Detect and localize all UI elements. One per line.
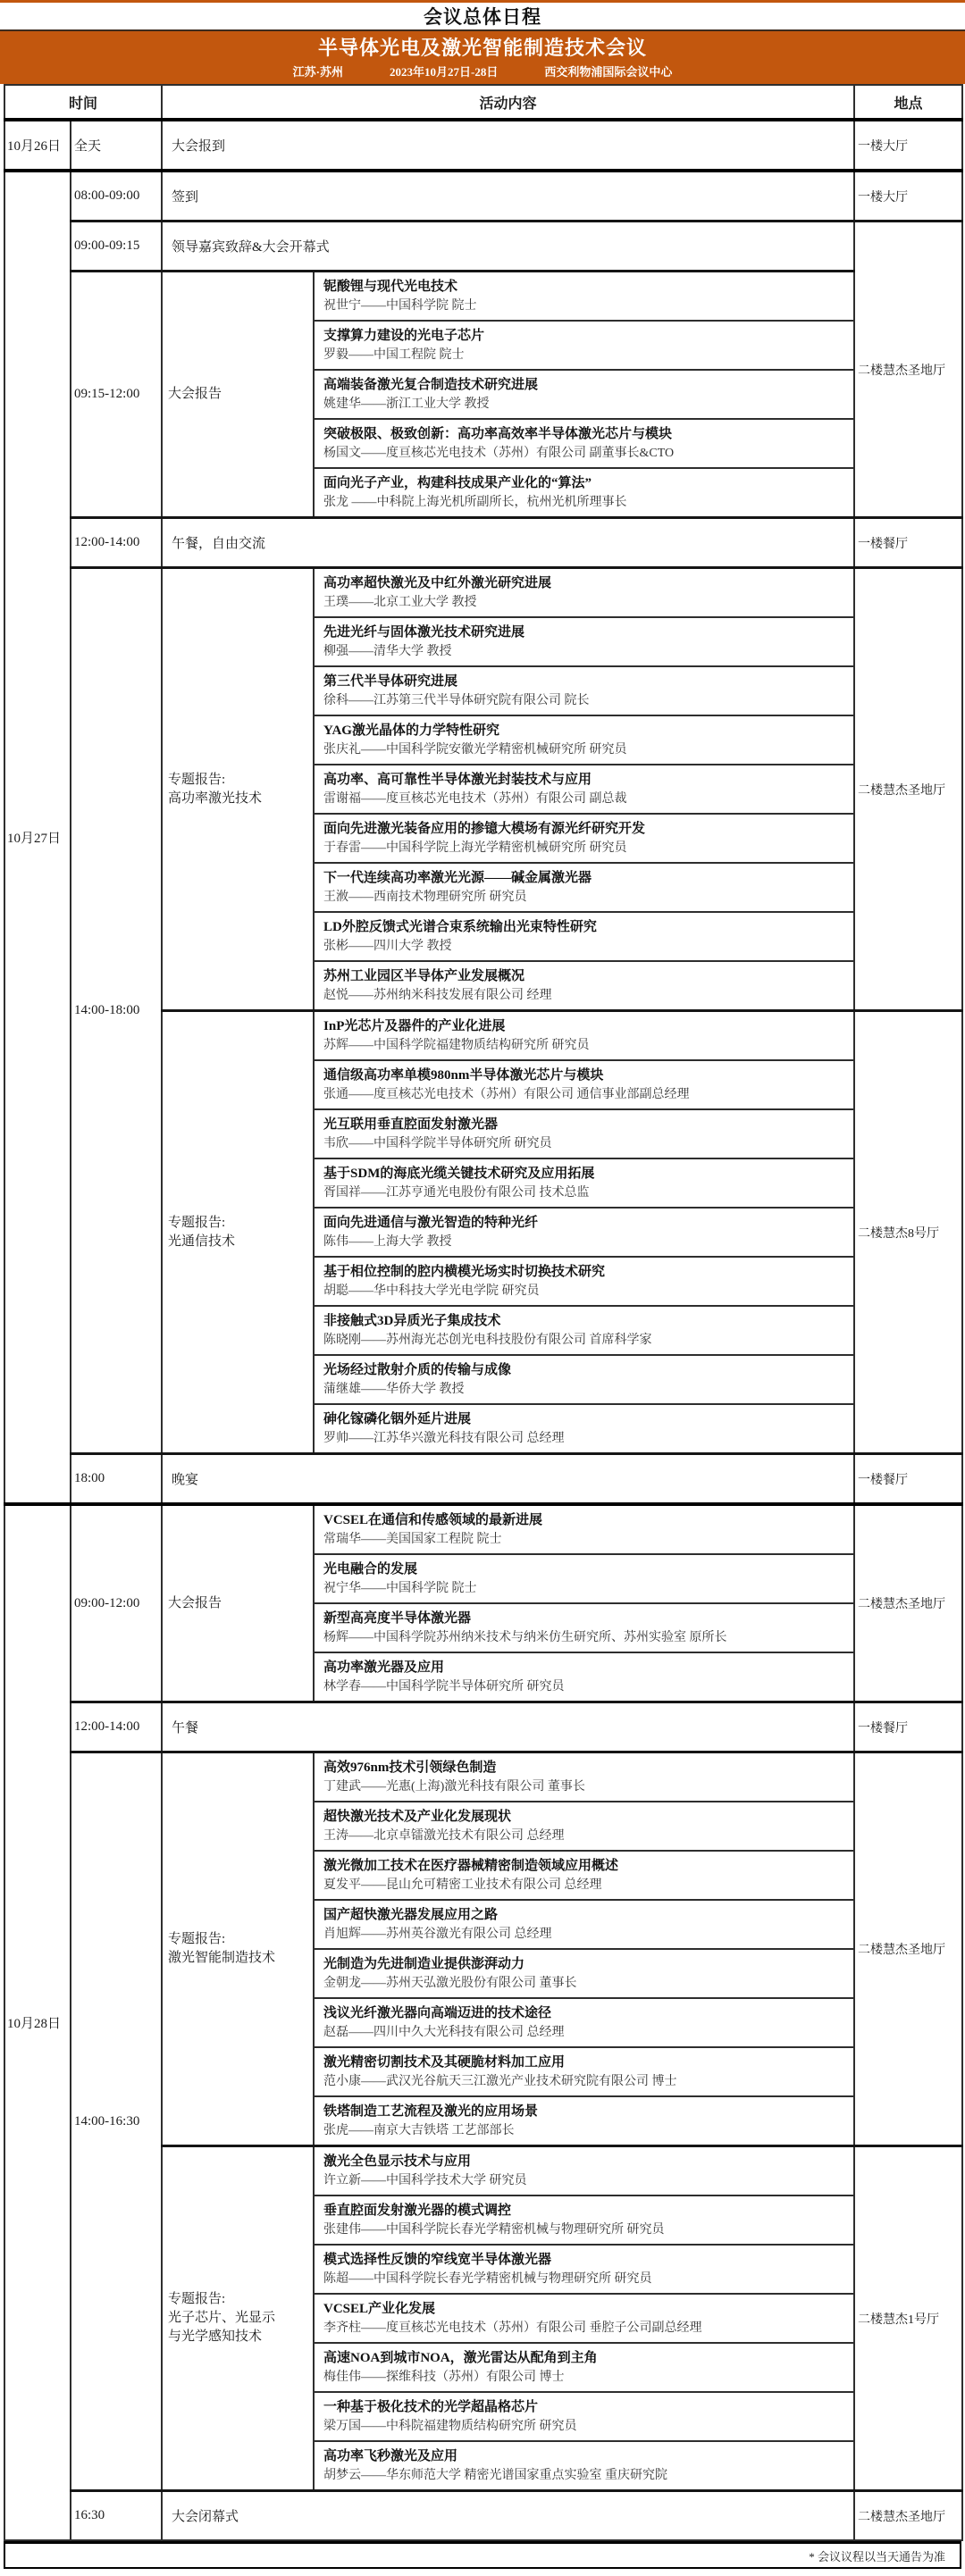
talk-speaker: 胡聪——华中科技大学光电学院 研究员 [323, 1283, 844, 1300]
talk-speaker: 姚建华——浙江工业大学 教授 [323, 396, 844, 413]
talk-speaker: 梁万国——中科院福建物质结构研究所 研究员 [323, 2418, 844, 2435]
talk-speaker: 祝世宁——中国科学院 院士 [323, 297, 844, 314]
table-row: 12:00-14:00午餐，自由交流一楼餐厅 [4, 518, 962, 568]
table-row: 12:00-14:00午餐一楼餐厅 [4, 1702, 962, 1752]
talk-title: 一种基于极化技术的光学超晶格芯片 [323, 2398, 844, 2416]
location-cell: 一楼大厅 [854, 120, 962, 171]
talk-title: LD外腔反馈式光谱合束系统输出光束特性研究 [323, 918, 844, 936]
talk-title: YAG激光晶体的力学特性研究 [323, 722, 844, 740]
table-row: 16:30大会闭幕式二楼慧杰圣地厅 [4, 2491, 962, 2541]
conference-title: 半导体光电及激光智能制造技术会议 [318, 37, 647, 60]
time-cell: 12:00-14:00 [71, 1702, 162, 1752]
header-time: 时间 [4, 85, 162, 120]
talk-title: 苏州工业园区半导体产业发展概况 [323, 967, 844, 985]
talk-title: VCSEL产业化发展 [323, 2300, 844, 2318]
event-label-cell: 午餐，自由交流 [162, 518, 854, 568]
talk-cell: 突破极限、极致创新：高功率高效率半导体激光芯片与模块杨国文——度亘核芯光电技术（… [314, 419, 854, 468]
talk-speaker: 柳强——清华大学 教授 [323, 643, 844, 660]
location-cell: 一楼餐厅 [854, 1702, 962, 1752]
talk-cell: 光互联用垂直腔面发射激光器韦欣——中国科学院半导体研究所 研究员 [314, 1109, 854, 1158]
talk-cell: 铁塔制造工艺流程及激光的应用场景张虎——南京大吉铁塔 工艺部部长 [314, 2096, 854, 2146]
talk-speaker: 苏辉——中国科学院福建物质结构研究所 研究员 [323, 1037, 844, 1054]
talk-speaker: 范小康——武汉光谷航天三江激光产业技术研究院有限公司 博士 [323, 2073, 844, 2090]
talk-speaker: 陈伟——上海大学 教授 [323, 1234, 844, 1250]
location-cell: 二楼慧杰8号厅 [854, 1011, 962, 1454]
talk-title: 垂直腔面发射激光器的模式调控 [323, 2202, 844, 2220]
talk-speaker: 胥国祥——江苏亨通光电股份有限公司 技术总监 [323, 1184, 844, 1201]
header-content: 活动内容 [162, 85, 854, 120]
talk-speaker: 夏发平——昆山允可精密工业技术有限公司 总经理 [323, 1877, 844, 1894]
location-cell: 一楼大厅 [854, 171, 962, 222]
talk-title: 下一代连续高功率激光光源——碱金属激光器 [323, 869, 844, 887]
talk-title: VCSEL在通信和传感领域的最新进展 [323, 1511, 844, 1529]
talk-speaker: 张龙 ——中科院上海光机所副所长，杭州光机所理事长 [323, 494, 844, 511]
talk-title: 激光微加工技术在医疗器械精密制造领域应用概述 [323, 1857, 844, 1875]
talk-cell: 苏州工业园区半导体产业发展概况赵悦——苏州纳米科技发展有限公司 经理 [314, 961, 854, 1011]
talk-speaker: 胡梦云——华东师范大学 精密光谱国家重点实验室 重庆研究院 [323, 2467, 844, 2484]
talk-cell: 铌酸锂与现代光电技术祝世宁——中国科学院 院士 [314, 272, 854, 322]
talk-cell: 高功率超快激光及中红外激光研究进展王璞——北京工业大学 教授 [314, 568, 854, 618]
event-label-cell: 签到 [162, 171, 854, 222]
talk-title: 高效976nm技术引领绿色制造 [323, 1759, 844, 1777]
talk-cell: 第三代半导体研究进展徐科——江苏第三代半导体研究院有限公司 院长 [314, 666, 854, 715]
talk-cell: 超快激光技术及产业化发展现状王涛——北京卓镭激光技术有限公司 总经理 [314, 1802, 854, 1851]
talk-title: 突破极限、极致创新：高功率高效率半导体激光芯片与模块 [323, 425, 844, 443]
talk-title: 非接触式3D异质光子集成技术 [323, 1312, 844, 1330]
talk-speaker: 杨辉——中国科学院苏州纳米技术与纳米仿生研究所、苏州实验室 原所长 [323, 1629, 844, 1646]
table-row: 10月28日09:00-12:00大会报告VCSEL在通信和传感领域的最新进展常… [4, 1504, 962, 1554]
time-cell: 14:00-16:30 [71, 1752, 162, 2491]
talk-speaker: 梅佳伟——探维科技（苏州）有限公司 博士 [323, 2369, 844, 2386]
talk-title: 高功率激光器及应用 [323, 1659, 844, 1677]
time-cell: 09:00-09:15 [71, 222, 162, 272]
talk-speaker: 祝宁华——中国科学院 院士 [323, 1580, 844, 1597]
location-cell: 二楼慧杰圣地厅 [854, 2491, 962, 2541]
talk-speaker: 韦欣——中国科学院半导体研究所 研究员 [323, 1135, 844, 1152]
time-cell: 14:00-18:00 [71, 568, 162, 1454]
footnote-text: * 会议议程以当天通告为准 [809, 2547, 945, 2564]
talk-cell: 激光全色显示技术与应用许立新——中国科学技术大学 研究员 [314, 2146, 854, 2196]
table-row: 14:00-18:00专题报告: 高功率激光技术高功率超快激光及中红外激光研究进… [4, 568, 962, 618]
talk-speaker: 张建伟——中国科学院长春光学精密机械与物理研究所 研究员 [323, 2221, 844, 2238]
talk-cell: 光电融合的发展祝宁华——中国科学院 院士 [314, 1554, 854, 1603]
talk-cell: InP光芯片及器件的产业化进展苏辉——中国科学院福建物质结构研究所 研究员 [314, 1011, 854, 1061]
time-cell: 16:30 [71, 2491, 162, 2541]
header-location: 地点 [854, 85, 962, 120]
talk-cell: 浅议光纤激光器向高端迈进的技术途径赵磊——四川中久大光科技有限公司 总经理 [314, 1998, 854, 2047]
talk-cell: 模式选择性反馈的窄线宽半导体激光器陈超——中国科学院长春光学精密机械与物理研究所… [314, 2245, 854, 2294]
session-cell: 专题报告: 激光智能制造技术 [162, 1752, 314, 2146]
session-cell: 专题报告: 光通信技术 [162, 1011, 314, 1454]
talk-title: 通信级高功率单模980nm半导体激光芯片与模块 [323, 1066, 844, 1084]
talk-cell: YAG激光晶体的力学特性研究张庆礼——中国科学院安徽光学精密机械研究所 研究员 [314, 715, 854, 765]
talk-title: 超快激光技术及产业化发展现状 [323, 1808, 844, 1826]
talk-speaker: 雷谢福——度亘核芯光电技术（苏州）有限公司 副总裁 [323, 790, 844, 807]
talk-speaker: 罗毅——中国工程院 院士 [323, 347, 844, 364]
talk-cell: 面向先进通信与激光智造的特种光纤陈伟——上海大学 教授 [314, 1208, 854, 1257]
talk-title: 面向先进通信与激光智造的特种光纤 [323, 1214, 844, 1232]
conference-subtitle: 江苏·苏州 2023年10月27日-28日 西交利物浦国际会议中心 [293, 63, 673, 79]
location-cell: 一楼餐厅 [854, 1454, 962, 1505]
time-cell: 12:00-14:00 [71, 518, 162, 568]
talk-cell: LD外腔反馈式光谱合束系统输出光束特性研究张彬——四川大学 教授 [314, 912, 854, 961]
talk-title: 高功率超快激光及中红外激光研究进展 [323, 574, 844, 592]
talk-title: 新型高亮度半导体激光器 [323, 1610, 844, 1627]
talk-cell: 支撑算力建设的光电子芯片罗毅——中国工程院 院士 [314, 321, 854, 370]
talk-speaker: 张虎——南京大吉铁塔 工艺部部长 [323, 2122, 844, 2139]
location-cell: 一楼餐厅 [854, 518, 962, 568]
talk-cell: 先进光纤与固体激光技术研究进展柳强——清华大学 教授 [314, 617, 854, 666]
conference-place: 江苏·苏州 [293, 63, 343, 79]
talk-cell: 高端装备激光复合制造技术研究进展姚建华——浙江工业大学 教授 [314, 370, 854, 419]
talk-cell: 基于相位控制的腔内横模光场实时切换技术研究胡聪——华中科技大学光电学院 研究员 [314, 1257, 854, 1306]
talk-title: 支撑算力建设的光电子芯片 [323, 327, 844, 345]
talk-title: 光互联用垂直腔面发射激光器 [323, 1116, 844, 1133]
talk-speaker: 张庆礼——中国科学院安徽光学精密机械研究所 研究员 [323, 741, 844, 758]
talk-cell: 高速NOA到城市NOA，激光雷达从配角到主角梅佳伟——探维科技（苏州）有限公司 … [314, 2343, 854, 2392]
table-row: 10月27日08:00-09:00签到一楼大厅 [4, 171, 962, 222]
talk-cell: 高功率飞秒激光及应用胡梦云——华东师范大学 精密光谱国家重点实验室 重庆研究院 [314, 2441, 854, 2491]
talk-title: 激光精密切割技术及其硬脆材料加工应用 [323, 2053, 844, 2071]
talk-title: 先进光纤与固体激光技术研究进展 [323, 623, 844, 641]
page-title: 会议总体日程 [424, 3, 541, 29]
table-row: 14:00-16:30专题报告: 激光智能制造技术高效976nm技术引领绿色制造… [4, 1752, 962, 1802]
talk-speaker: 王璞——北京工业大学 教授 [323, 594, 844, 611]
talk-speaker: 金朝龙——苏州天弘激光股份有限公司 董事长 [323, 1975, 844, 1992]
talk-title: 面向先进激光装备应用的掺镱大模场有源光纤研究开发 [323, 820, 844, 838]
talk-cell: 高功率激光器及应用林学春——中国科学院半导体研究所 研究员 [314, 1652, 854, 1702]
talk-speaker: 罗帅——江苏华兴激光科技有限公司 总经理 [323, 1430, 844, 1447]
talk-speaker: 蒲继雄——华侨大学 教授 [323, 1381, 844, 1398]
talk-cell: 垂直腔面发射激光器的模式调控张建伟——中国科学院长春光学精密机械与物理研究所 研… [314, 2195, 854, 2245]
talk-cell: 新型高亮度半导体激光器杨辉——中国科学院苏州纳米技术与纳米仿生研究所、苏州实验室… [314, 1603, 854, 1652]
page-title-band: 会议总体日程 [0, 3, 965, 31]
talk-cell: 激光微加工技术在医疗器械精密制造领域应用概述夏发平——昆山允可精密工业技术有限公… [314, 1851, 854, 1900]
talk-speaker: 肖旭辉——苏州英谷激光有限公司 总经理 [323, 1926, 844, 1943]
talk-title: 光场经过散射介质的传输与成像 [323, 1361, 844, 1379]
talk-speaker: 张通——度亘核芯光电技术（苏州）有限公司 通信事业部副总经理 [323, 1086, 844, 1103]
table-row: 09:00-09:15领导嘉宾致辞&大会开幕式二楼慧杰圣地厅 [4, 222, 962, 272]
talk-title: 高功率飞秒激光及应用 [323, 2447, 844, 2465]
table-row: 10月26日全天大会报到一楼大厅 [4, 120, 962, 171]
talk-cell: 一种基于极化技术的光学超晶格芯片梁万国——中科院福建物质结构研究所 研究员 [314, 2392, 854, 2441]
event-label-cell: 领导嘉宾致辞&大会开幕式 [162, 222, 854, 272]
talk-speaker: 徐科——江苏第三代半导体研究院有限公司 院长 [323, 692, 844, 709]
talk-speaker: 赵磊——四川中久大光科技有限公司 总经理 [323, 2024, 844, 2041]
time-cell: 18:00 [71, 1454, 162, 1505]
location-cell: 二楼慧杰圣地厅 [854, 1752, 962, 2146]
conference-dates: 2023年10月27日-28日 [390, 63, 498, 79]
footnote: * 会议议程以当天通告为准 [4, 2541, 961, 2569]
session-cell: 专题报告: 高功率激光技术 [162, 568, 314, 1011]
talk-cell: 砷化镓磷化铟外延片进展罗帅——江苏华兴激光科技有限公司 总经理 [314, 1404, 854, 1454]
table-row: 09:15-12:00大会报告铌酸锂与现代光电技术祝世宁——中国科学院 院士 [4, 272, 962, 322]
date-cell: 10月28日 [4, 1504, 71, 2540]
talk-title: 基于相位控制的腔内横模光场实时切换技术研究 [323, 1263, 844, 1281]
talk-cell: 面向先进激光装备应用的掺镱大模场有源光纤研究开发于春雷——中国科学院上海光学精密… [314, 814, 854, 863]
talk-title: 砷化镓磷化铟外延片进展 [323, 1410, 844, 1428]
session-cell: 专题报告: 光子芯片、光显示 与光学感知技术 [162, 2146, 314, 2491]
time-cell: 09:00-12:00 [71, 1504, 162, 1702]
location-cell: 二楼慧杰1号厅 [854, 2146, 962, 2491]
talk-speaker: 王浟——西南技术物理研究所 研究员 [323, 889, 844, 906]
date-cell: 10月27日 [4, 171, 71, 1504]
talk-speaker: 许立新——中国科学技术大学 研究员 [323, 2172, 844, 2189]
talk-speaker: 张彬——四川大学 教授 [323, 938, 844, 955]
conference-banner: 半导体光电及激光智能制造技术会议 江苏·苏州 2023年10月27日-28日 西… [0, 31, 965, 84]
event-label-cell: 大会闭幕式 [162, 2491, 854, 2541]
talk-title: 基于SDM的海底光缆关键技术研究及应用拓展 [323, 1165, 844, 1183]
talk-title: 模式选择性反馈的窄线宽半导体激光器 [323, 2251, 844, 2269]
table-row: 18:00晚宴一楼餐厅 [4, 1454, 962, 1505]
event-label-cell: 大会报到 [162, 120, 854, 171]
talk-cell: VCSEL在通信和传感领域的最新进展常瑞华——美国国家工程院 院士 [314, 1504, 854, 1554]
talk-speaker: 杨国文——度亘核芯光电技术（苏州）有限公司 副董事长&CTO [323, 445, 844, 462]
talk-cell: 激光精密切割技术及其硬脆材料加工应用范小康——武汉光谷航天三江激光产业技术研究院… [314, 2047, 854, 2096]
location-cell: 二楼慧杰圣地厅 [854, 568, 962, 1011]
time-cell: 09:15-12:00 [71, 272, 162, 518]
talk-speaker: 林学春——中国科学院半导体研究所 研究员 [323, 1678, 844, 1695]
talk-speaker: 陈超——中国科学院长春光学精密机械与物理研究所 研究员 [323, 2271, 844, 2287]
date-cell: 10月26日 [4, 120, 71, 171]
talk-speaker: 丁建武——光惠(上海)激光科技有限公司 董事长 [323, 1778, 844, 1795]
talk-title: 光制造为先进制造业提供澎湃动力 [323, 1955, 844, 1973]
talk-cell: 国产超快激光器发展应用之路肖旭辉——苏州英谷激光有限公司 总经理 [314, 1900, 854, 1949]
talk-speaker: 于春雷——中国科学院上海光学精密机械研究所 研究员 [323, 840, 844, 857]
table-header-row: 时间 活动内容 地点 [4, 85, 962, 120]
talk-speaker: 陈晓刚——苏州海光芯创光电科技股份有限公司 首席科学家 [323, 1332, 844, 1349]
talk-cell: 通信级高功率单模980nm半导体激光芯片与模块张通——度亘核芯光电技术（苏州）有… [314, 1060, 854, 1109]
session-cell: 大会报告 [162, 1504, 314, 1702]
talk-title: 浅议光纤激光器向高端迈进的技术途径 [323, 2004, 844, 2022]
talk-cell: 高效976nm技术引领绿色制造丁建武——光惠(上海)激光科技有限公司 董事长 [314, 1752, 854, 1802]
conference-venue: 西交利物浦国际会议中心 [544, 63, 672, 79]
talk-title: 第三代半导体研究进展 [323, 673, 844, 690]
talk-cell: 下一代连续高功率激光光源——碱金属激光器王浟——西南技术物理研究所 研究员 [314, 863, 854, 912]
talk-cell: 面向光子产业，构建科技成果产业化的“算法”张龙 ——中科院上海光机所副所长，杭州… [314, 468, 854, 518]
talk-speaker: 常瑞华——美国国家工程院 院士 [323, 1531, 844, 1548]
location-cell: 二楼慧杰圣地厅 [854, 222, 962, 518]
talk-cell: 非接触式3D异质光子集成技术陈晓刚——苏州海光芯创光电科技股份有限公司 首席科学… [314, 1306, 854, 1355]
talk-title: 国产超快激光器发展应用之路 [323, 1906, 844, 1924]
talk-title: 激光全色显示技术与应用 [323, 2153, 844, 2170]
talk-cell: 高功率、高可靠性半导体激光封装技术与应用雷谢福——度亘核芯光电技术（苏州）有限公… [314, 765, 854, 814]
talk-title: 高功率、高可靠性半导体激光封装技术与应用 [323, 771, 844, 789]
talk-speaker: 王涛——北京卓镭激光技术有限公司 总经理 [323, 1827, 844, 1844]
schedule-table: 时间 活动内容 地点 10月26日全天大会报到一楼大厅10月27日08:00-0… [4, 84, 963, 2541]
event-label-cell: 午餐 [162, 1702, 854, 1752]
time-cell: 全天 [71, 120, 162, 171]
location-cell: 二楼慧杰圣地厅 [854, 1504, 962, 1702]
session-cell: 大会报告 [162, 272, 314, 518]
talk-cell: VCSEL产业化发展李齐柱——度亘核芯光电技术（苏州）有限公司 垂腔子公司副总经… [314, 2294, 854, 2343]
talk-title: 面向光子产业，构建科技成果产业化的“算法” [323, 474, 844, 492]
talk-title: 高速NOA到城市NOA，激光雷达从配角到主角 [323, 2349, 844, 2367]
talk-title: 光电融合的发展 [323, 1560, 844, 1578]
talk-cell: 光场经过散射介质的传输与成像蒲继雄——华侨大学 教授 [314, 1355, 854, 1404]
talk-speaker: 李齐柱——度亘核芯光电技术（苏州）有限公司 垂腔子公司副总经理 [323, 2320, 844, 2337]
talk-title: 高端装备激光复合制造技术研究进展 [323, 376, 844, 394]
talk-speaker: 赵悦——苏州纳米科技发展有限公司 经理 [323, 987, 844, 1004]
event-label-cell: 晚宴 [162, 1454, 854, 1505]
talk-title: InP光芯片及器件的产业化进展 [323, 1017, 844, 1035]
talk-title: 铌酸锂与现代光电技术 [323, 278, 844, 296]
talk-cell: 基于SDM的海底光缆关键技术研究及应用拓展胥国祥——江苏亨通光电股份有限公司 技… [314, 1158, 854, 1208]
time-cell: 08:00-09:00 [71, 171, 162, 222]
talk-cell: 光制造为先进制造业提供澎湃动力金朝龙——苏州天弘激光股份有限公司 董事长 [314, 1949, 854, 1998]
talk-title: 铁塔制造工艺流程及激光的应用场景 [323, 2103, 844, 2120]
